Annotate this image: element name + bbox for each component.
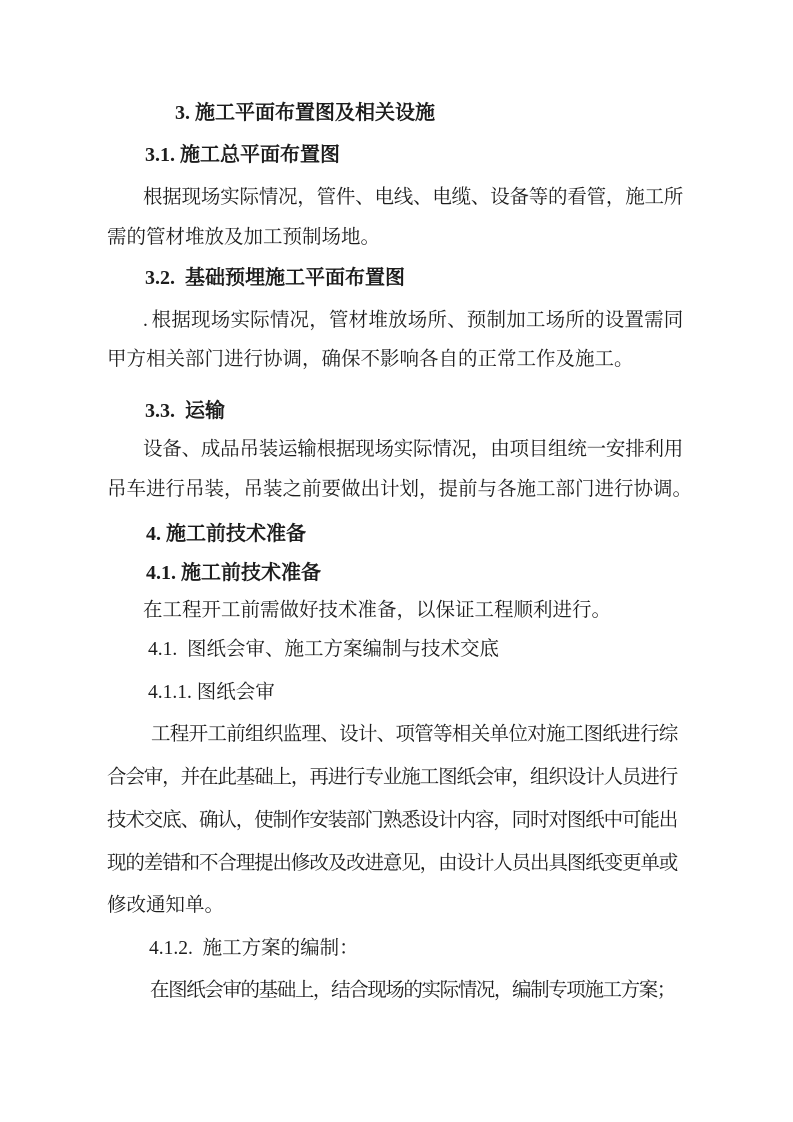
heading-4: 4. 施工前技术准备 [146,522,306,546]
heading-3-2: 3.2. 基础预埋施工平面布置图 [145,266,405,290]
paragraph-line: 根据现场实际情况，管件、电线、电缆、设备等的看管，施工所 [143,186,682,210]
paragraph-line: 在图纸会审的基础上，结合现场的实际情况，编制专项施工方案； [150,979,675,1003]
paragraph-line: 甲方相关部门进行协调，确保不影响各自的正常工作及施工。 [107,348,634,372]
heading-3-3: 3.3. 运输 [145,399,225,423]
numbered-item-4-1-1: 4.1.1. 图纸会审 [148,681,275,705]
paragraph-line: 工程开工前组织监理、设计、项管等相关单位对施工图纸进行综 [151,723,677,747]
paragraph-line: 在工程开工前需做好技术准备，以保证工程顺利进行。 [143,599,611,623]
document-page: 3. 施工平面布置图及相关设施 3.1. 施工总平面布置图 根据现场实际情况，管… [0,0,793,1122]
heading-4-1: 4.1. 施工前技术准备 [146,561,321,585]
paragraph-line: 吊车进行吊装，吊装之前要做出计划，提前与各施工部门进行协调。 [107,478,692,502]
paragraph-line: 修改通知单。 [107,894,224,918]
paragraph-line: . 根据现场实际情况，管材堆放场所、预制加工场所的设置需同 [143,309,682,333]
paragraph-line: 合会审，并在此基础上，再进行专业施工图纸会审，组织设计人员进行 [107,766,677,790]
numbered-item-4-1-2: 4.1.2. 施工方案的编制： [149,937,359,961]
paragraph-line: 设备、成品吊装运输根据现场实际情况，由项目组统一安排利用 [143,438,682,462]
paragraph-line: 现的差错和不合理提出修改及改进意见，由设计人员出具图纸变更单或 [107,852,677,876]
numbered-item-4-1: 4.1. 图纸会审、施工方案编制与技术交底 [148,638,499,662]
paragraph-line: 技术交底、确认，使制作安装部门熟悉设计内容，同时对图纸中可能出 [107,809,677,833]
heading-3-1: 3.1. 施工总平面布置图 [145,143,340,167]
heading-3: 3. 施工平面布置图及相关设施 [175,101,435,125]
paragraph-line: 需的管材堆放及加工预制场地。 [107,226,380,250]
